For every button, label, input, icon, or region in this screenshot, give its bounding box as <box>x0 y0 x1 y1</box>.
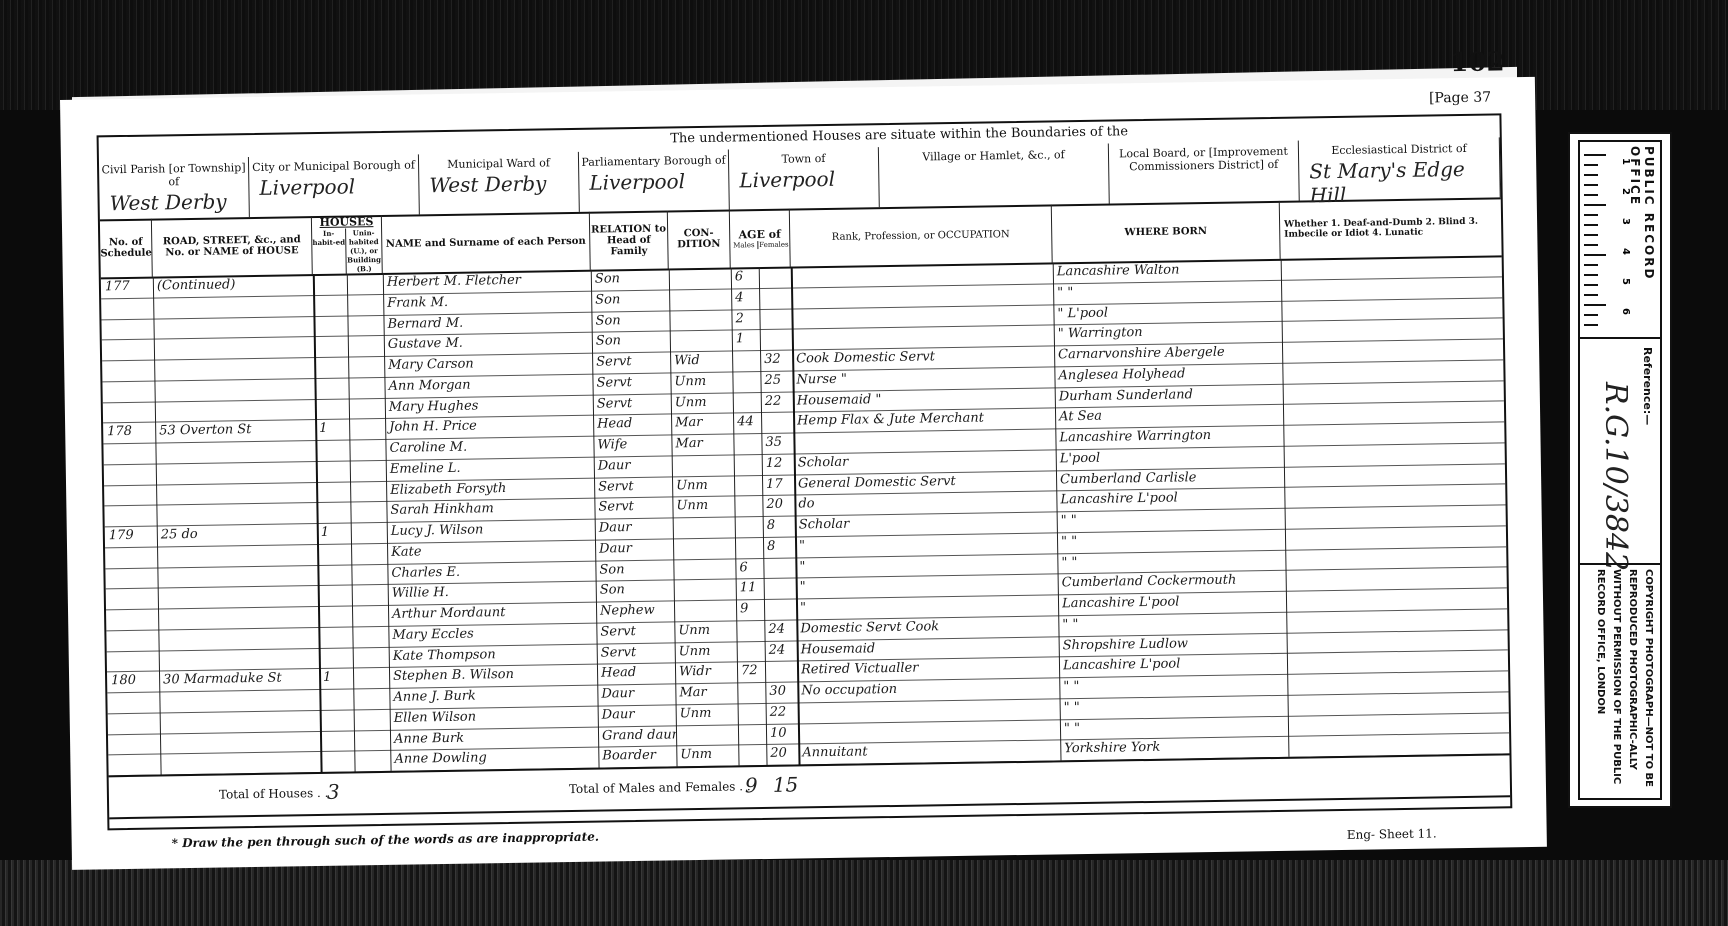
ruler-tick <box>1584 164 1598 166</box>
cell-condition: Wid <box>670 350 732 372</box>
cell-address <box>154 357 314 380</box>
cell-inhabited <box>316 481 350 502</box>
district-5: Village or Hamlet, &c., of <box>879 144 1110 208</box>
cell-relation: Son <box>591 310 669 332</box>
cell-inhabited <box>315 398 349 419</box>
cell-schedule <box>106 629 158 651</box>
ruler-tick <box>1584 324 1598 326</box>
cell-address <box>154 378 314 401</box>
cell-relation: Daur <box>595 517 673 539</box>
cell-male-age: 9 <box>736 599 764 620</box>
cell-condition <box>676 724 738 746</box>
cell-schedule <box>102 339 154 361</box>
cell-relation: Servt <box>594 476 672 498</box>
cell-address: 53 Overton St <box>155 419 315 442</box>
ruler-number: 5 <box>1620 278 1631 285</box>
age-label: AGE of <box>730 227 789 241</box>
cell-schedule <box>101 297 153 319</box>
cell-address <box>160 710 320 733</box>
ruler-tick <box>1584 204 1606 206</box>
cell-address <box>158 585 318 608</box>
col-females: Females <box>758 240 789 248</box>
cell-address: 30 Marmaduke St <box>159 668 319 691</box>
cell-address <box>155 399 315 422</box>
cell-schedule <box>102 380 154 402</box>
district-label: Town of <box>729 151 878 166</box>
cell-relation: Son <box>591 289 669 311</box>
cell-male-age: 1 <box>732 329 760 350</box>
cell-relation: Servt <box>592 372 670 394</box>
cell-relation: Son <box>592 331 670 353</box>
cell-male-age <box>733 392 761 413</box>
cell-relation: Servt <box>596 621 674 643</box>
sheet-label: Eng- Sheet 11. <box>1347 826 1437 841</box>
cell-condition: Unm <box>670 371 732 393</box>
cell-female-age: 25 <box>760 370 792 391</box>
cell-inhabited <box>318 585 352 606</box>
cell-relation: Head <box>593 414 671 436</box>
cell-female-age: 10 <box>766 723 798 744</box>
cell-relation: Grand daur <box>598 725 676 747</box>
cell-condition <box>669 309 731 331</box>
cell-address <box>160 751 320 774</box>
cell-schedule <box>107 692 159 714</box>
cell-address <box>159 648 319 671</box>
cell-schedule <box>104 505 156 527</box>
ruler-number: 1 <box>1620 158 1631 165</box>
cell-relation: Servt <box>597 642 675 664</box>
cell-schedule <box>108 712 160 734</box>
cell-inhabited <box>316 460 350 481</box>
cell-condition <box>674 579 736 601</box>
cell-relation: Servt <box>593 393 671 415</box>
col-condition: CON-DITION <box>668 209 731 268</box>
cell-female-age <box>759 287 791 308</box>
ruler-tick <box>1584 154 1606 156</box>
district-label: Village or Hamlet, &c., of <box>879 148 1108 165</box>
col-age: AGE of Males Females <box>730 209 791 268</box>
houses-label: HOUSES <box>312 215 381 229</box>
cell-address <box>153 295 313 318</box>
cell-schedule <box>108 754 160 776</box>
cell-male-age <box>737 640 765 661</box>
cell-inhabited <box>320 751 354 772</box>
cell-female-age: 20 <box>766 744 798 765</box>
cell-male-age: 6 <box>731 267 759 288</box>
cell-address <box>154 336 314 359</box>
col-inhabited: In-habit-ed <box>312 229 347 275</box>
cell-female-age: 24 <box>765 640 797 661</box>
col-relation: RELATION to Head of Family <box>590 210 669 269</box>
cell-female-age <box>763 557 795 578</box>
cell-condition: Unm <box>676 745 738 767</box>
total-persons-label: Total of Males and Females . . <box>569 779 751 796</box>
cell-female-age: 20 <box>762 495 794 516</box>
col-males: Males <box>730 241 758 249</box>
ruler-tick <box>1584 184 1598 186</box>
cell-condition <box>673 537 735 559</box>
cell-relation: Daur <box>595 538 673 560</box>
page-number: [Page 37 <box>1429 90 1491 107</box>
cell-male-age: 4 <box>731 288 759 309</box>
cell-relation: Son <box>591 268 669 290</box>
cell-condition: Mar <box>671 433 733 455</box>
ruler-number: 6 <box>1620 308 1631 315</box>
cell-female-age <box>760 329 792 350</box>
folio-number: 102 <box>1450 47 1505 78</box>
cell-inhabited <box>318 605 352 626</box>
cell-relation: Servt <box>592 351 670 373</box>
district-value: Liverpool <box>579 169 728 195</box>
cell-relation: Boarder <box>598 746 676 768</box>
cell-female-age: 30 <box>765 681 797 702</box>
cell-schedule <box>105 546 157 568</box>
col-occupation: Rank, Profession, or OCCUPATION <box>790 204 1053 266</box>
cell-relation: Nephew <box>596 600 674 622</box>
district-label: Municipal Ward of <box>419 156 578 171</box>
cell-male-age <box>732 350 760 371</box>
col-address: ROAD, STREET, &c., and No. or NAME of HO… <box>152 216 313 277</box>
cell-condition: Mar <box>671 413 733 435</box>
cell-address <box>156 502 316 525</box>
pro-title: PUBLIC RECORD OFFICE <box>1628 146 1656 337</box>
district-4: Town ofLiverpool <box>729 147 880 209</box>
ruler-number: 3 <box>1620 218 1631 225</box>
ruler-tick <box>1584 244 1598 246</box>
reference-label: Reference:— <box>1641 347 1654 425</box>
cell-female-age <box>764 599 796 620</box>
cell-address: 25 do <box>157 523 317 546</box>
col-schedule: No. of Schedule <box>100 219 153 278</box>
cell-schedule <box>104 484 156 506</box>
ruler-number: 4 <box>1620 248 1631 255</box>
cell-female-age: 22 <box>761 391 793 412</box>
cell-inhabited <box>314 377 348 398</box>
cell-inhabited <box>318 626 352 647</box>
cell-male-age <box>738 703 766 724</box>
cell-relation: Servt <box>594 497 672 519</box>
cell-inhabited <box>313 315 347 336</box>
cell-inhabited: 1 <box>315 419 349 440</box>
cell-condition: Unm <box>674 620 736 642</box>
cell-address <box>156 461 316 484</box>
cell-relation: Son <box>596 580 674 602</box>
district-1: City or Municipal Borough ofLiverpool <box>249 154 420 217</box>
ruler-tick <box>1584 214 1598 216</box>
district-0: Civil Parish [or Township] ofWest Derby <box>99 157 250 219</box>
cell-address: (Continued) <box>153 274 313 297</box>
cell-condition <box>674 599 736 621</box>
cell-condition <box>669 267 731 289</box>
cell-male-age <box>735 516 763 537</box>
cell-address <box>155 440 315 463</box>
cell-female-age <box>761 412 793 433</box>
cell-female-age <box>759 267 791 288</box>
total-houses-value: 3 <box>327 780 340 804</box>
census-page: 102 [Page 37 The undermentioned Houses a… <box>60 77 1547 870</box>
cell-male-age <box>738 744 766 765</box>
cell-male-age: 2 <box>731 309 759 330</box>
cell-inhabited <box>319 688 353 709</box>
cell-address <box>158 606 318 629</box>
cell-inhabited <box>320 709 354 730</box>
cell-schedule: 180 <box>107 671 159 693</box>
cell-address <box>159 689 319 712</box>
cell-male-age: 72 <box>737 661 765 682</box>
cell-condition: Unm <box>672 475 734 497</box>
cell-male-age: 6 <box>735 558 763 579</box>
cell-condition: Unm <box>671 392 733 414</box>
cell-female-age <box>765 661 797 682</box>
district-6: Local Board, or [Improvement Commissione… <box>1109 141 1300 204</box>
district-label: City or Municipal Borough of <box>249 158 418 174</box>
ruler-tick <box>1584 254 1606 256</box>
cell-condition <box>669 288 731 310</box>
col-infirmity: Whether 1. Deaf-and-Dumb 2. Blind 3. Imb… <box>1280 197 1502 258</box>
district-7: Ecclesiastical District ofSt Mary's Edge… <box>1299 137 1501 200</box>
cell-condition: Unm <box>675 641 737 663</box>
cell-relation: Son <box>595 559 673 581</box>
cell-schedule: 177 <box>101 277 153 299</box>
cell-inhabited <box>315 439 349 460</box>
cell-inhabited: 1 <box>317 522 351 543</box>
cell-female-age: 17 <box>762 474 794 495</box>
cell-relation: Wife <box>593 434 671 456</box>
cell-schedule <box>107 650 159 672</box>
cell-schedule <box>105 567 157 589</box>
cell-schedule <box>108 733 160 755</box>
cell-inhabited <box>313 274 347 295</box>
col-name: NAME and Surname of each Person <box>382 212 591 273</box>
cell-inhabited <box>317 543 351 564</box>
ruler-tick <box>1584 174 1598 176</box>
cell-male-age <box>738 723 766 744</box>
cell-address <box>160 730 320 753</box>
district-label: Local Board, or [Improvement Commissione… <box>1109 145 1298 174</box>
reference-value: R.G.10/3842 <box>1598 382 1633 571</box>
table-body: 177(Continued)Herbert M. FletcherSon6Lan… <box>101 255 1510 775</box>
total-females-value: 15 <box>773 772 799 796</box>
ruler-tick <box>1584 234 1598 236</box>
ruler-tick <box>1584 264 1598 266</box>
cell-schedule: 178 <box>103 422 155 444</box>
cell-male-age <box>734 454 762 475</box>
ruler-tick <box>1584 294 1598 296</box>
ruler-tick <box>1584 194 1598 196</box>
cell-female-age: 24 <box>764 619 796 640</box>
ruler: PUBLIC RECORD OFFICE 123456 <box>1580 142 1660 339</box>
district-label: Ecclesiastical District of <box>1299 141 1499 157</box>
cell-female-age: 12 <box>762 453 794 474</box>
cell-relation: Head <box>597 663 675 685</box>
cell-address <box>156 482 316 505</box>
cell-male-age: 44 <box>733 412 761 433</box>
cell-inhabited: 1 <box>319 668 353 689</box>
cell-inhabited <box>314 357 348 378</box>
district-3: Parliamentary Borough ofLiverpool <box>579 150 730 212</box>
district-label: Parliamentary Borough of <box>579 154 728 169</box>
cell-address <box>157 544 317 567</box>
district-value: West Derby <box>99 189 248 215</box>
cell-schedule <box>106 609 158 631</box>
cell-relation: Daur <box>597 683 675 705</box>
cell-male-age: 11 <box>736 578 764 599</box>
cell-relation: Daur <box>598 704 676 726</box>
cell-condition: Mar <box>675 682 737 704</box>
district-value: West Derby <box>419 171 578 197</box>
col-uninhabited: Unin-habited (U.), or Building (B.) <box>346 228 382 274</box>
cell-inhabited <box>316 502 350 523</box>
ruler-tick <box>1584 274 1598 276</box>
cell-schedule <box>104 463 156 485</box>
cell-male-age <box>734 495 762 516</box>
total-houses-label: Total of Houses . . <box>219 786 329 802</box>
cell-inhabited <box>313 294 347 315</box>
cell-address <box>157 565 317 588</box>
district-label: Civil Parish [or Township] of <box>99 161 248 189</box>
ruler-tick <box>1584 224 1598 226</box>
cell-schedule <box>106 588 158 610</box>
cell-male-age <box>732 371 760 392</box>
cell-address <box>153 316 313 339</box>
cell-schedule <box>103 443 155 465</box>
cell-schedule <box>102 360 154 382</box>
footnote: * Draw the pen through such of the words… <box>172 830 600 851</box>
cell-female-age <box>759 308 791 329</box>
ruler-tick <box>1584 304 1606 306</box>
cell-inhabited <box>314 336 348 357</box>
cell-address <box>158 627 318 650</box>
public-record-office-strip: PUBLIC RECORD OFFICE 123456 Reference:— … <box>1568 132 1672 808</box>
ruler-tick <box>1584 284 1598 286</box>
cell-female-age: 8 <box>763 536 795 557</box>
district-2: Municipal Ward ofWest Derby <box>419 152 580 215</box>
cell-female-age: 8 <box>763 516 795 537</box>
cell-condition <box>673 558 735 580</box>
cell-female-age: 35 <box>761 433 793 454</box>
cell-female-age: 22 <box>766 702 798 723</box>
cell-condition <box>670 330 732 352</box>
pro-strip-frame: PUBLIC RECORD OFFICE 123456 Reference:— … <box>1578 140 1662 800</box>
cell-male-age <box>734 475 762 496</box>
census-form: The undermentioned Houses are situate wi… <box>97 113 1513 830</box>
cell-inhabited <box>320 730 354 751</box>
cell-schedule: 179 <box>105 526 157 548</box>
total-males-value: 9 <box>745 773 758 797</box>
cell-condition: Unm <box>672 496 734 518</box>
cell-schedule <box>103 401 155 423</box>
cell-schedule <box>101 318 153 340</box>
col-houses: HOUSES In-habit-ed Unin-habited (U.), or… <box>312 215 383 274</box>
copyright-notice: COPYRIGHT PHOTOGRAPH—NOT TO BE REPRODUCE… <box>1580 563 1660 798</box>
cell-female-age <box>764 578 796 599</box>
district-value: Liverpool <box>249 173 418 200</box>
district-value: Liverpool <box>729 166 878 192</box>
cell-inhabited <box>317 564 351 585</box>
ruler-number: 2 <box>1620 188 1631 195</box>
cell-male-age <box>733 433 761 454</box>
cell-male-age <box>737 682 765 703</box>
cell-condition: Widr <box>675 662 737 684</box>
cell-condition <box>672 454 734 476</box>
cell-female-age: 32 <box>760 350 792 371</box>
ruler-tick <box>1584 314 1598 316</box>
cell-male-age <box>736 620 764 641</box>
col-where-born: WHERE BORN <box>1052 201 1281 263</box>
cell-male-age <box>735 537 763 558</box>
scan-background-bottom <box>0 860 1728 926</box>
cell-relation: Daur <box>594 455 672 477</box>
cell-condition <box>673 516 735 538</box>
cell-condition: Unm <box>676 703 738 725</box>
cell-inhabited <box>319 647 353 668</box>
